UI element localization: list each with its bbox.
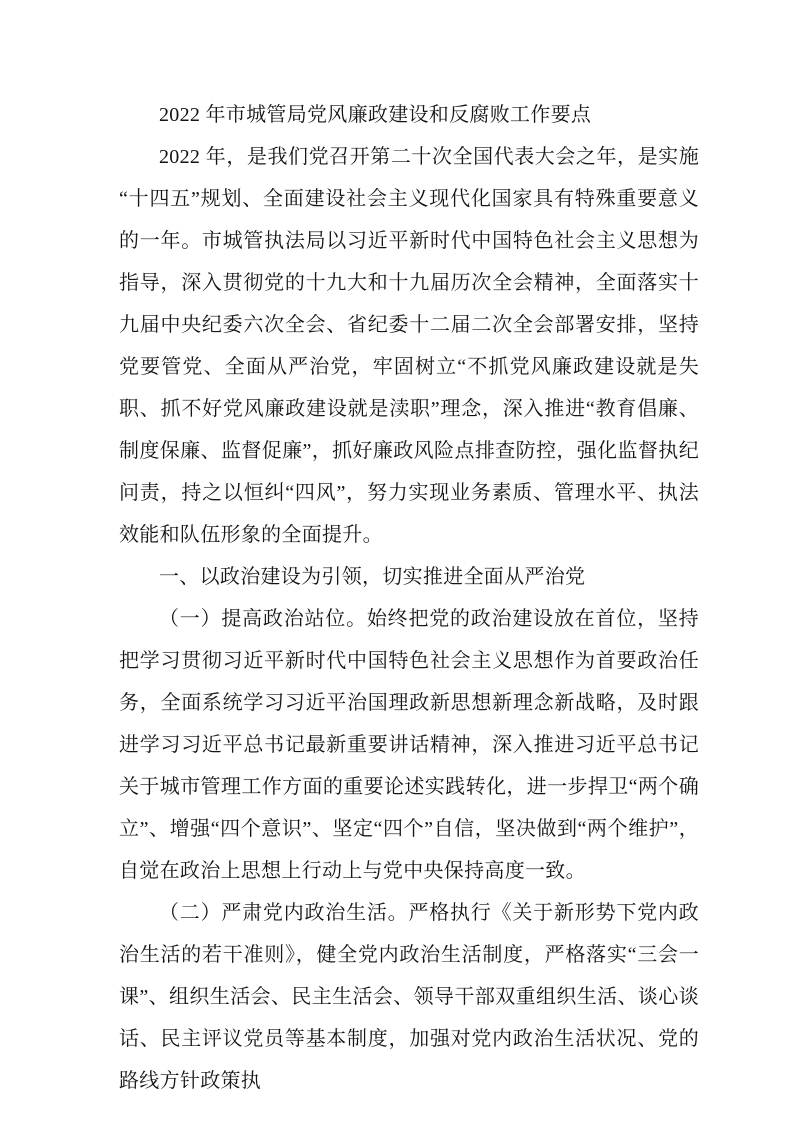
- item-paragraph-2: （二）严肃党内政治生活。严格执行《关于新形势下党内政治生活的若干准则》，健全党内…: [119, 892, 699, 1102]
- intro-paragraph: 2022 年，是我们党召开第二十次全国代表大会之年，是实施“十四五”规划、全面建…: [119, 136, 699, 556]
- section-heading-1: 一、以政治建设为引领，切实推进全面从严治党: [119, 556, 699, 598]
- document-title: 2022 年市城管局党风廉政建设和反腐败工作要点: [119, 94, 699, 136]
- document-page: 2022 年市城管局党风廉政建设和反腐败工作要点 2022 年，是我们党召开第二…: [0, 0, 794, 1122]
- item-paragraph-1: （一）提高政治站位。始终把党的政治建设放在首位，坚持把学习贯彻习近平新时代中国特…: [119, 598, 699, 892]
